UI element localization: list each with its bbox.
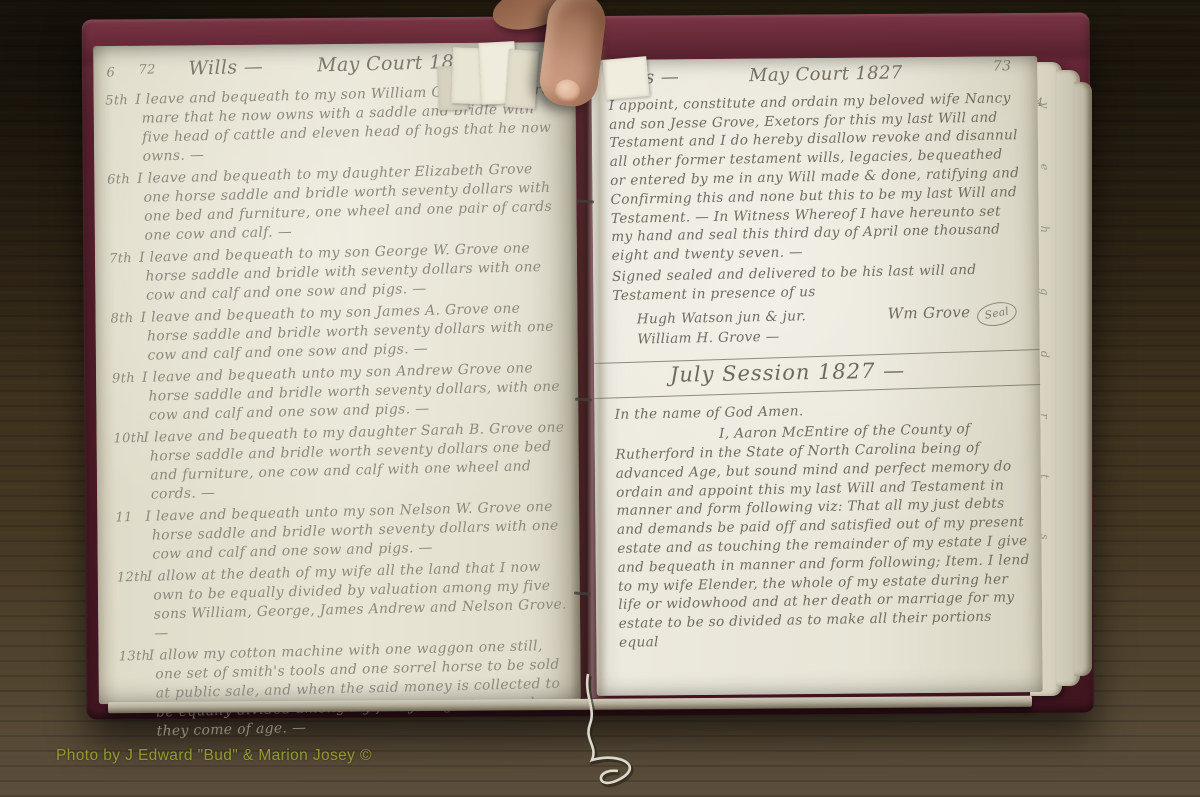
right-page-text: Wills — May Court 1827 I appoint, consti… xyxy=(608,62,1032,694)
binding-gutter xyxy=(570,46,608,698)
section-divider xyxy=(594,384,1040,399)
will-clause: 6thI leave and bequeath to my daughter E… xyxy=(107,159,563,246)
right-page: 73 Wills — May Court 1827 I appoint, con… xyxy=(591,56,1043,696)
attestation-clause: Signed sealed and delivered to be his la… xyxy=(612,260,1025,305)
will-clause: 11I leave and bequeath unto my son Nelso… xyxy=(115,497,570,565)
signature-block: Hugh Watson jun & jur. William H. Grove … xyxy=(613,302,1026,350)
right-header-term: May Court 1827 xyxy=(749,64,903,86)
left-corner-mark: 6 xyxy=(106,65,115,80)
left-page: 6 72 Wills — May Court 1827 — 5thI leave… xyxy=(93,42,581,704)
witness-list: Hugh Watson jun & jur. William H. Grove … xyxy=(637,306,807,349)
hand xyxy=(536,0,676,122)
photo-of-will-book: 4 y e h g d r t s 6 72 Wills — May Court… xyxy=(0,0,1200,797)
seal-mark: Seal xyxy=(975,298,1019,328)
will-clause: 12thI allow at the death of my wife all … xyxy=(117,557,573,644)
page-edge-stack-inner xyxy=(1074,82,1092,676)
will-clause: 10thI leave and bequeath to my daughter … xyxy=(113,418,569,505)
will-clause: 8thI leave and bequeath to my son James … xyxy=(110,298,565,366)
testator-signature: Wm GroveSeal xyxy=(887,302,1017,327)
fingernail xyxy=(554,78,581,103)
mcentire-will-paragraph: I, Aaron McEntire of the County of Ruthe… xyxy=(615,419,1031,652)
page-corner xyxy=(505,49,539,109)
will-clause: 7thI leave and bequeath to my son George… xyxy=(109,238,564,306)
photographer-watermark: Photo by J Edward "Bud" & Marion Josey © xyxy=(56,747,372,765)
left-page-text: 6 72 Wills — May Court 1827 — 5thI leave… xyxy=(104,49,574,702)
will-clause: 9thI leave and bequeath unto my son Andr… xyxy=(112,358,567,426)
witness-name: William H. Grove — xyxy=(637,326,807,349)
left-page-number: 72 xyxy=(138,62,156,77)
witness-name: Hugh Watson jun & jur. xyxy=(637,306,807,329)
left-header-title: Wills — xyxy=(188,56,263,80)
binding-thread xyxy=(548,666,698,797)
will-clause: 13thI allow my cotton machine with one w… xyxy=(119,636,575,742)
finger xyxy=(537,0,608,109)
session-heading: July Session 1827 — xyxy=(670,359,1026,385)
